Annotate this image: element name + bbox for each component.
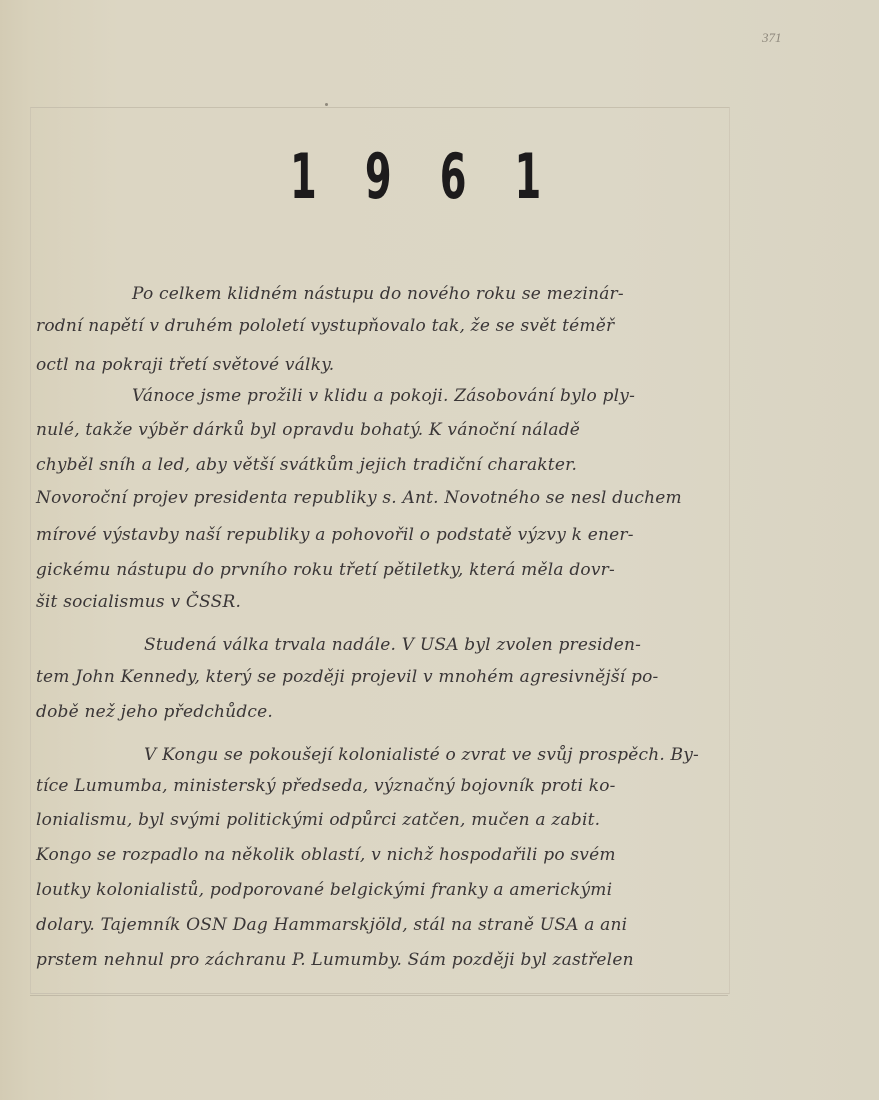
text-line-2: rodní napětí v druhém pololetí vystupňov…	[36, 316, 614, 346]
text-line-13: době než jeho předchůdce.	[36, 702, 273, 732]
text-line-1: Po celkem klidném nástupu do nového roku…	[132, 284, 624, 314]
year-heading: 1 9 6 1	[290, 146, 414, 208]
text-line-17: Kongo se rozpadlo na několik oblastí, v …	[36, 845, 616, 875]
text-line-18: loutky kolonialistů, podporované belgick…	[36, 880, 612, 910]
text-line-10: šit socialismus v ČSSR.	[36, 592, 241, 622]
text-line-5: nulé, takže výběr dárků byl opravdu boha…	[36, 420, 580, 450]
text-line-11: Studená válka trvala nadále. V USA byl z…	[144, 635, 641, 665]
text-line-8: mírové výstavby naší republiky a pohovoř…	[36, 525, 634, 555]
text-line-15: tíce Lumumba, ministerský předseda, význ…	[36, 776, 616, 806]
text-line-4: Vánoce jsme prožili v klidu a pokoji. Zá…	[132, 386, 635, 416]
frame-tick-mark	[325, 103, 328, 106]
text-line-7: Novoroční projev presidenta republiky s.…	[36, 488, 682, 518]
page-number: 371	[762, 30, 782, 46]
text-line-12: tem John Kennedy, který se později proje…	[36, 667, 659, 697]
text-line-20: prstem nehnul pro záchranu P. Lumumby. S…	[36, 950, 634, 980]
text-line-3: octl na pokraji třetí světové války.	[36, 355, 334, 385]
text-line-9: gickému nástupu do prvního roku třetí pě…	[36, 560, 615, 590]
text-line-16: lonialismu, byl svými politickými odpůrc…	[36, 810, 600, 840]
bottom-rule-line	[30, 995, 728, 996]
text-line-19: dolary. Tajemník OSN Dag Hammarskjöld, s…	[36, 915, 627, 945]
text-line-6: chyběl sníh a led, aby větší svátkům jej…	[36, 455, 577, 485]
text-line-14: V Kongu se pokoušejí kolonialisté o zvra…	[144, 745, 699, 775]
